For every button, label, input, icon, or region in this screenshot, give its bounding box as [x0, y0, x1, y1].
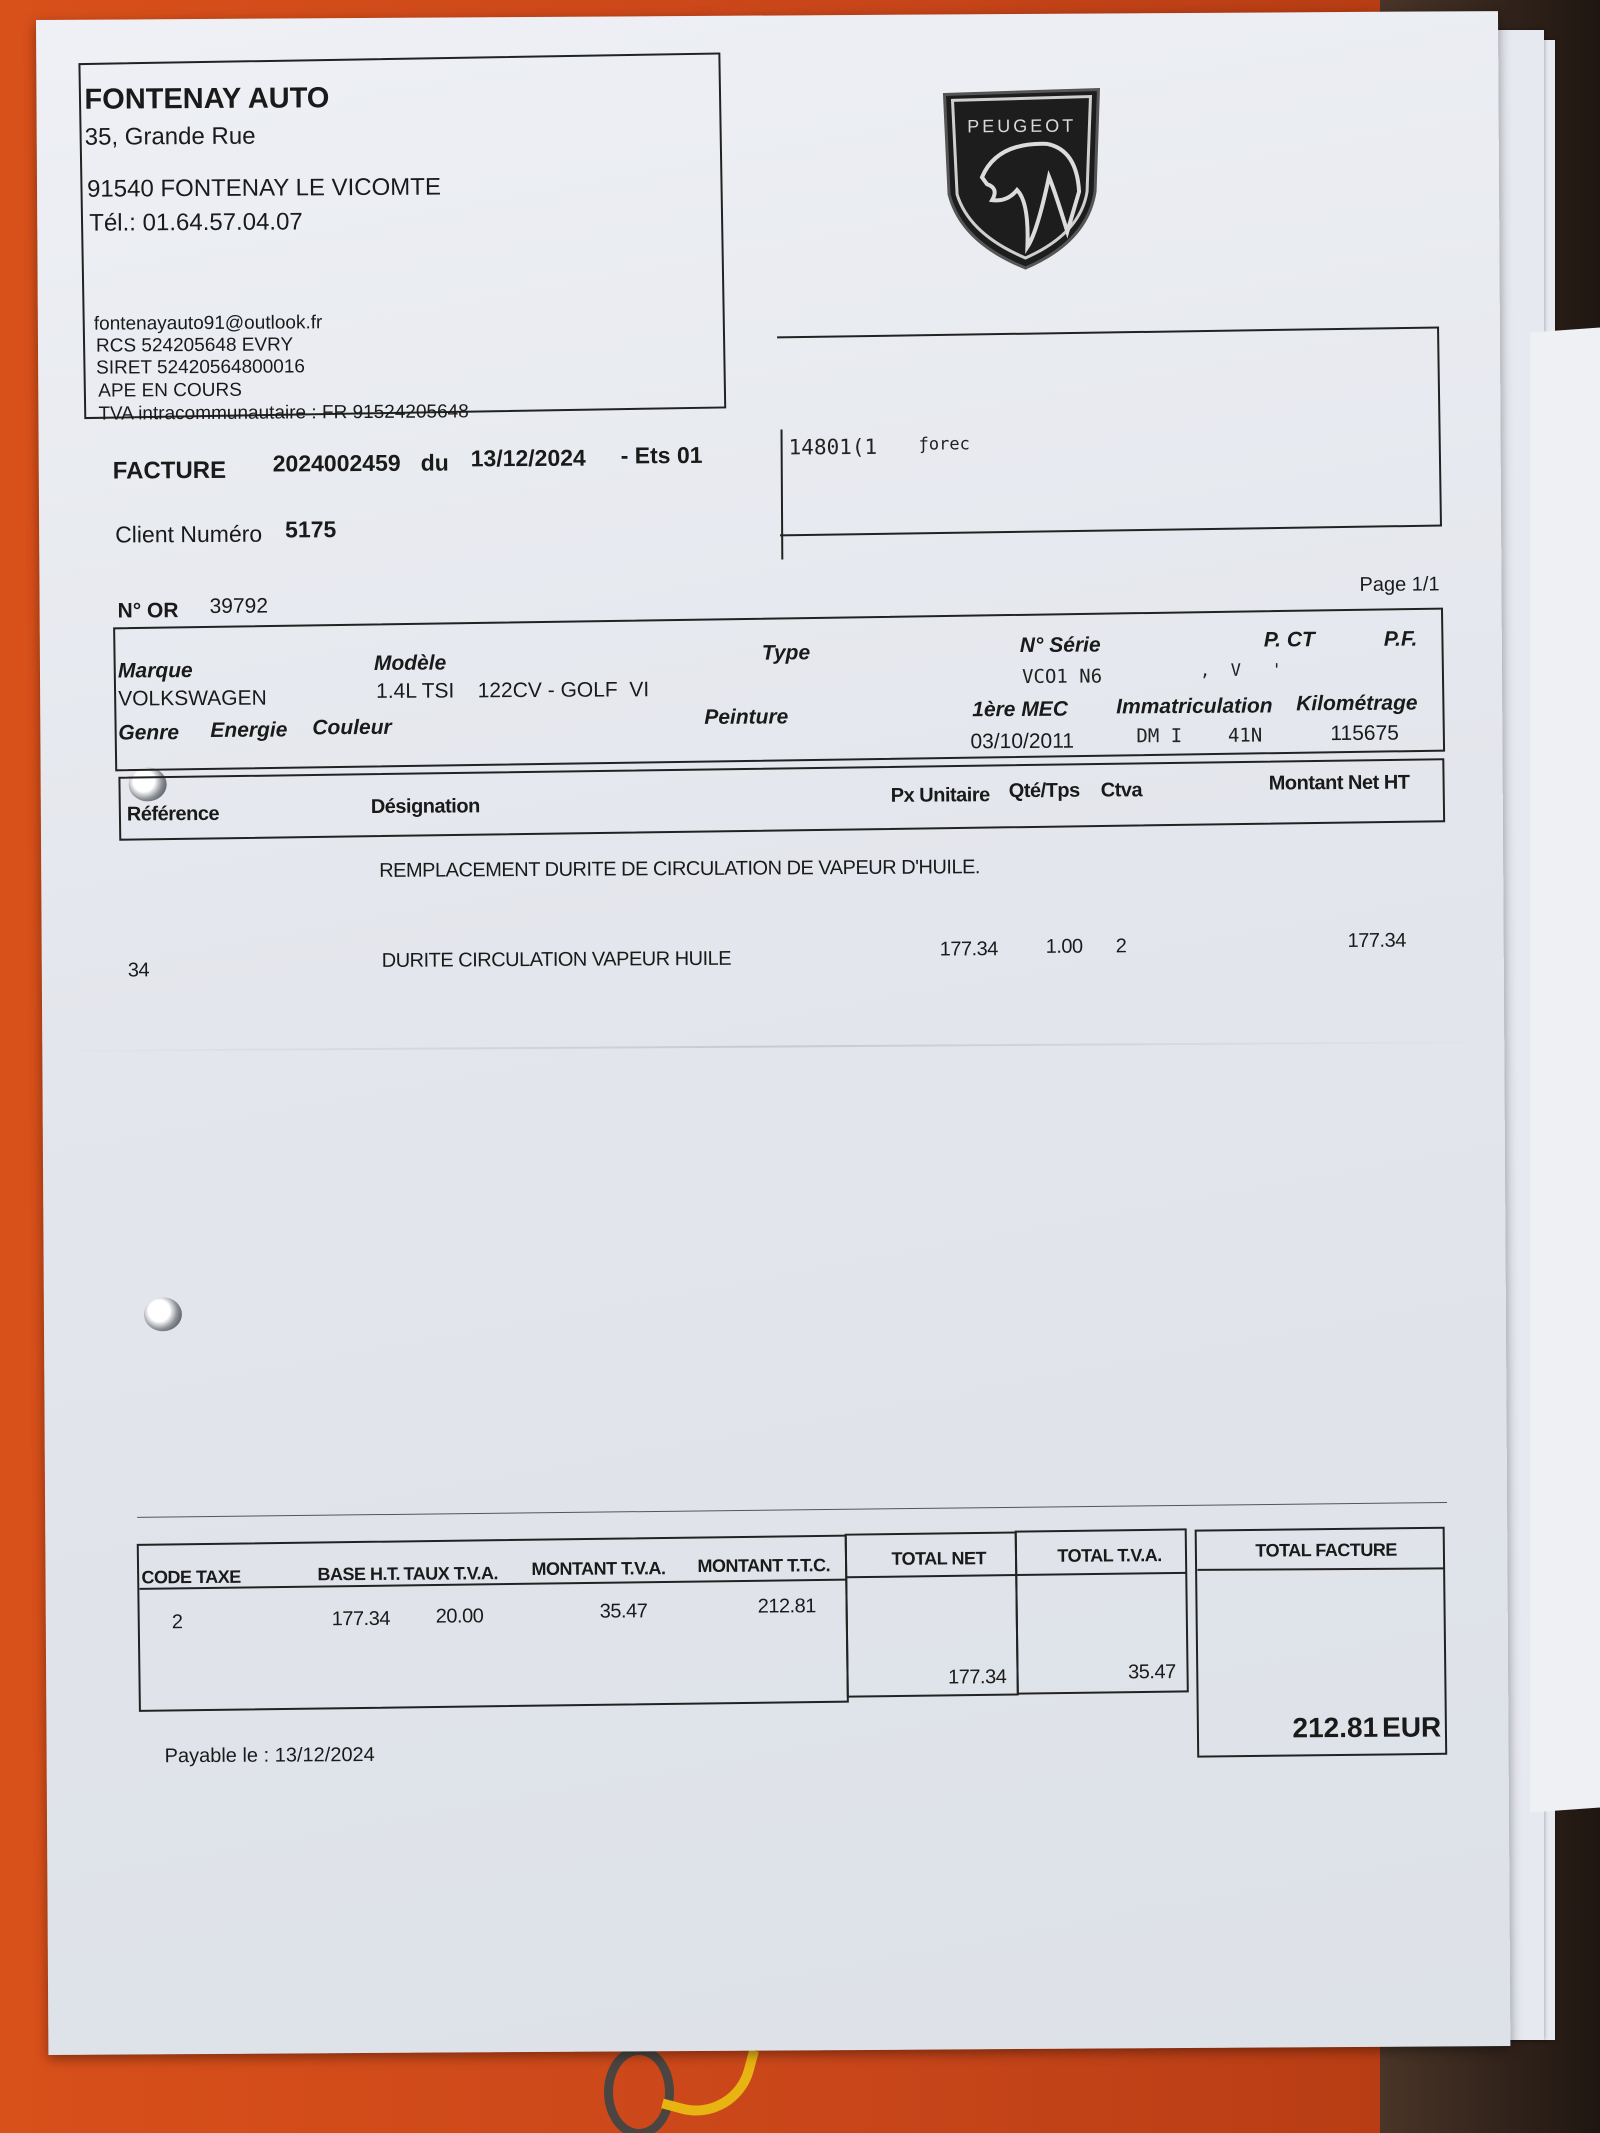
header-total-tva: TOTAL T.V.A. — [1057, 1545, 1161, 1567]
line-designation: DURITE CIRCULATION VAPEUR HUILE — [382, 948, 732, 973]
header-code-taxe: CODE TAXE — [141, 1567, 240, 1589]
label-modele: Modèle — [374, 652, 446, 676]
vehicle-km: 115675 — [1330, 722, 1399, 746]
vehicle-marque: VOLKSWAGEN — [118, 687, 267, 712]
vehicle-box — [113, 608, 1445, 772]
invoice-date: 13/12/2024 — [471, 445, 586, 473]
total-facture-currency: EUR — [1382, 1711, 1441, 1742]
lines-header-box — [118, 758, 1445, 841]
vehicle-immat: DM I 41N — [1136, 725, 1262, 748]
line-reference: 34 — [128, 959, 149, 982]
recipient-name: 14801(1 — [789, 435, 878, 460]
header-qte: Qté/Tps — [1009, 780, 1080, 803]
invoice-establishment: - Ets 01 — [621, 442, 703, 469]
label-pct: P. CT — [1264, 628, 1315, 652]
totals-top-rule — [137, 1502, 1447, 1518]
company-ape: APE EN COURS — [98, 380, 242, 403]
vehicle-mec: 03/10/2011 — [970, 730, 1074, 755]
company-street: 35, Grande Rue — [85, 123, 256, 152]
header-px-unitaire: Px Unitaire — [891, 784, 990, 808]
label-pf: P.F. — [1384, 628, 1418, 652]
payable-date: Payable le : 13/12/2024 — [165, 1744, 375, 1768]
vehicle-modele: 1.4L TSI 122CV - GOLF VI — [376, 678, 649, 704]
label-couleur: Couleur — [312, 716, 391, 740]
total-facture-amount: 212.81 — [1292, 1712, 1378, 1744]
label-km: Kilométrage — [1296, 692, 1418, 717]
header-taux-tva: TAUX T.V.A. — [403, 1563, 498, 1585]
vehicle-serie-extra: , V ' — [1200, 660, 1282, 680]
label-genre: Genre — [118, 721, 179, 745]
client-number: 5175 — [285, 516, 336, 543]
label-peinture: Peinture — [704, 705, 788, 730]
tax-base: 177.34 — [332, 1608, 390, 1631]
company-rcs: RCS 524205648 EVRY — [96, 334, 293, 357]
punch-hole — [144, 1297, 182, 1331]
invoice-label: FACTURE — [113, 457, 227, 486]
recipient-name-2: ƒorec — [919, 434, 970, 454]
company-phone: Tél.: 01.64.57.04.07 — [89, 208, 303, 237]
label-immat: Immatriculation — [1116, 694, 1273, 719]
label-serie: N° Série — [1020, 634, 1101, 658]
tax-rate: 20.00 — [436, 1605, 484, 1628]
label-type: Type — [762, 641, 810, 665]
peugeot-logo: PEUGEOT — [936, 81, 1107, 272]
company-name: FONTENAY AUTO — [84, 82, 329, 116]
company-email: fontenayauto91@outlook.fr — [94, 312, 323, 335]
tax-code: 2 — [172, 1611, 183, 1634]
line-montant: 177.34 — [1348, 930, 1406, 953]
tax-ttc: 212.81 — [758, 1595, 816, 1618]
or-label: N° OR — [118, 599, 179, 623]
header-montant-ttc: MONTANT T.T.C. — [697, 1555, 830, 1577]
company-siret: SIRET 52420564800016 — [96, 356, 305, 379]
total-net-value: 177.34 — [948, 1666, 1006, 1689]
label-mec: 1ère MEC — [972, 698, 1068, 723]
loose-sheet — [1530, 328, 1600, 1813]
vehicle-serie: VCO1 N6 — [1022, 666, 1102, 688]
label-energie: Energie — [210, 718, 287, 742]
total-facture-value: 212.81EUR — [1292, 1711, 1441, 1744]
header-montant-tva: MONTANT T.V.A. — [531, 1558, 665, 1580]
invoice-date-prefix: du — [421, 449, 449, 476]
header-total-net: TOTAL NET — [891, 1548, 986, 1570]
page-number: Page 1/1 — [1359, 573, 1439, 596]
paper-fold — [42, 1041, 1504, 1052]
tax-amount: 35.47 — [600, 1600, 648, 1623]
or-number: 39792 — [210, 595, 269, 619]
binder-ring — [604, 2046, 674, 2133]
label-marque: Marque — [118, 659, 193, 683]
line-qte: 1.00 — [1046, 936, 1083, 959]
header-montant: Montant Net HT — [1269, 772, 1410, 796]
recipient-box — [777, 327, 1442, 537]
line-ctva: 2 — [1116, 935, 1127, 958]
line-description: REMPLACEMENT DURITE DE CIRCULATION DE VA… — [379, 856, 980, 883]
company-city: 91540 FONTENAY LE VICOMTE — [87, 174, 441, 204]
client-label: Client Numéro — [115, 521, 262, 549]
header-total-facture: TOTAL FACTURE — [1255, 1540, 1397, 1562]
total-tva-value: 35.47 — [1128, 1661, 1176, 1684]
invoice-page: FONTENAY AUTO 35, Grande Rue 91540 FONTE… — [36, 11, 1510, 2055]
peugeot-lion-shield-icon — [936, 81, 1107, 272]
line-px: 177.34 — [940, 938, 998, 961]
company-tva: TVA intracommunautaire : FR 91524205648 — [98, 401, 469, 425]
logo-text: PEUGEOT — [937, 115, 1107, 137]
header-reference: Référence — [127, 803, 219, 827]
header-base-ht: BASE H.T. — [317, 1564, 400, 1586]
invoice-number: 2024002459 — [273, 450, 401, 478]
header-ctva: Ctva — [1101, 779, 1142, 802]
header-designation: Désignation — [371, 795, 480, 819]
